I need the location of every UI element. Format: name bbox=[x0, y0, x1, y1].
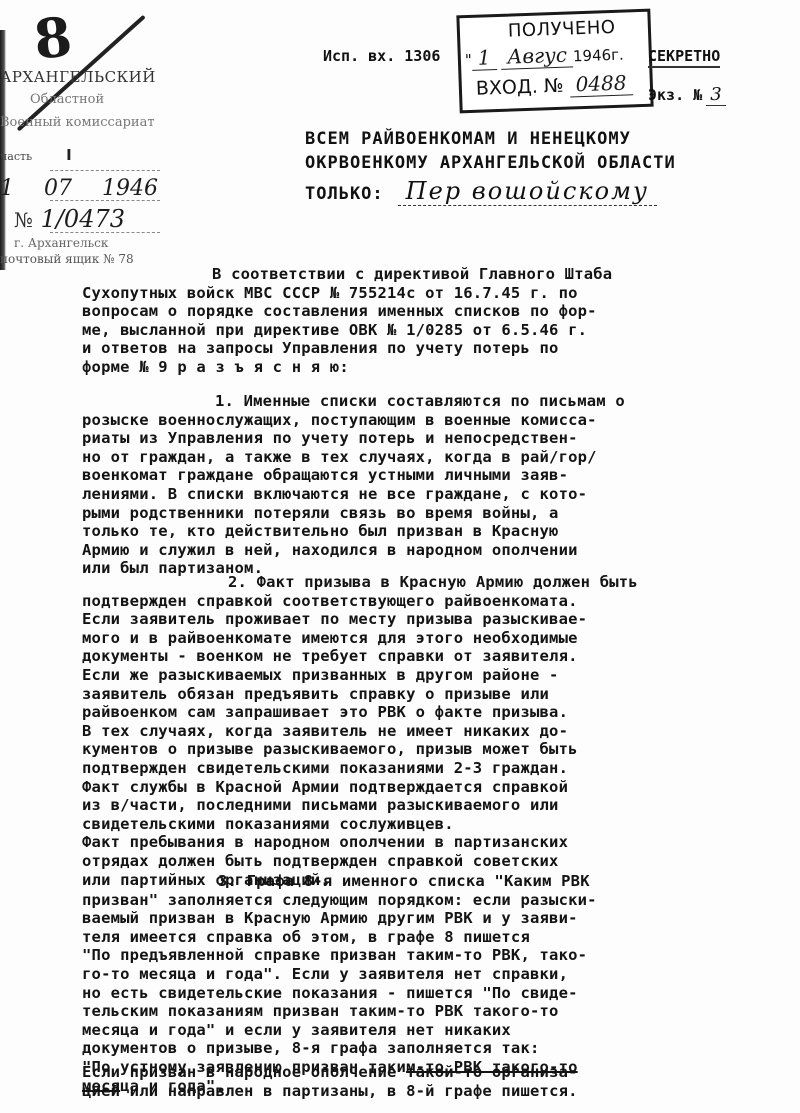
document-page: 8 АРХАНГЕЛЬСКИЙ Областной Военный комисс… bbox=[0, 0, 800, 1113]
stamp-dash-line bbox=[50, 170, 160, 171]
body-line: райвоенком сам запрашивает это РВК о фак… bbox=[82, 703, 568, 721]
stamp-date: 1071946 bbox=[0, 176, 158, 201]
body-line: Факт службы в Красной Армии подтверждает… bbox=[82, 778, 568, 796]
body-line: только те, кто действительно был призван… bbox=[82, 522, 559, 540]
body-line: тельским показаниям призван таким-то РВК… bbox=[82, 1002, 559, 1020]
stamp-number-value: 1/0473 bbox=[41, 205, 125, 233]
stamp-date-year: 1946 bbox=[102, 176, 158, 201]
body-line: рыми родственники потеряли связь во врем… bbox=[82, 504, 559, 522]
incoming-label: ВХОД. № bbox=[476, 75, 564, 100]
body-line: В тех случаях, когда заявитель не имеет … bbox=[82, 722, 568, 740]
stamp-part-value: I bbox=[66, 146, 72, 164]
incoming-number: 0488 bbox=[569, 70, 633, 97]
stamp-city: г. Архангельск bbox=[14, 236, 108, 250]
stamp-date-month: 07 bbox=[44, 176, 72, 201]
body-line: но есть свидетельские показания - пишетс… bbox=[82, 984, 578, 1002]
body-line: и ответов на запросы Управления по учету… bbox=[82, 339, 559, 357]
body-line: ме, высланной при директиве ОВК № 1/0285… bbox=[82, 321, 587, 339]
body-line: подтвержден свидетельскими показаниями 2… bbox=[82, 759, 568, 777]
body-line: ваемый призван в Красную Армию другим РВ… bbox=[82, 909, 578, 927]
body-line: военкомат граждане обращаются устными ли… bbox=[82, 466, 568, 484]
body-line: мого и в райвоенкомате имеются для этого… bbox=[82, 629, 578, 647]
stamp-org-line-2: Областной bbox=[30, 92, 104, 107]
body-line: призван" заполняется следующим порядком:… bbox=[82, 891, 597, 909]
received-stamp: ПОЛУЧЕНО "1 Авгус1946г. ВХОД. № 0488 bbox=[456, 9, 653, 114]
received-stamp-title: ПОЛУЧЕНО bbox=[508, 17, 616, 42]
body-line: розыске военнослужащих, поступающим в во… bbox=[82, 411, 597, 429]
body-line: подтвержден справкой соответствующего ра… bbox=[82, 592, 578, 610]
struck-text: такой-то организа- bbox=[406, 1063, 578, 1081]
stamp-number-label: № bbox=[14, 208, 33, 232]
body-line: документов о призыве, 8-я графа заполняе… bbox=[82, 1039, 540, 1057]
struck-text: цией bbox=[82, 1082, 120, 1100]
stamp-org-line-1: АРХАНГЕЛЬСКИЙ bbox=[0, 68, 156, 86]
body-line: Сухопутных войск МВС СССР № 755214с от 1… bbox=[82, 284, 578, 302]
outgoing-reference: Исп. вх. 1306 bbox=[323, 47, 440, 65]
stamp-number: № 1/0473 bbox=[14, 205, 125, 233]
copy-number: Экз. №3 bbox=[648, 84, 726, 105]
body-line: Если призван в народное ополчение такой-… bbox=[82, 1063, 578, 1081]
stamp-po-box: почтовый ящик № 78 bbox=[0, 252, 134, 266]
received-month: Авгус bbox=[501, 42, 574, 69]
registration-stamp: 8 АРХАНГЕЛЬСКИЙ Областной Военный комисс… bbox=[0, 0, 170, 270]
body-line: го-то месяца и года". Если у заявителя н… bbox=[82, 965, 568, 983]
body-line: 3. Графа 8-я именного списка "Каким РВК bbox=[218, 872, 590, 890]
received-day: 1 bbox=[471, 45, 497, 71]
addressee-block: ВСЕМ РАЙВОЕНКОМАМ И НЕНЕЦКОМУ ОКРВОЕНКОМ… bbox=[305, 127, 676, 206]
body-line: лениями. В списки включаются не все граж… bbox=[82, 485, 587, 503]
body-line: цией или направлен в партизаны, в 8-й гр… bbox=[82, 1082, 578, 1100]
incoming-number-row: ВХОД. № 0488 bbox=[475, 70, 632, 99]
body-line: теля имеется справка об этом, в графе 8 … bbox=[82, 928, 530, 946]
copy-to: ТОЛЬКО:Пер вошойскому bbox=[305, 179, 676, 206]
body-line: вопросам о порядке составления именных с… bbox=[82, 302, 597, 320]
body-line: "По предъявленной справке призван таким-… bbox=[82, 946, 587, 964]
addressee-line-2: ОКРВОЕНКОМУ АРХАНГЕЛЬСКОЙ ОБЛАСТИ bbox=[305, 151, 676, 175]
addressee-line-1: ВСЕМ РАЙВОЕНКОМАМ И НЕНЕЦКОМУ bbox=[305, 127, 676, 151]
body-line: отрядах должен быть подтвержден справкой… bbox=[82, 852, 559, 870]
body-line: 2. Факт призыва в Красную Армию должен б… bbox=[228, 573, 638, 591]
received-stamp-date: "1 Авгус1946г. bbox=[464, 41, 624, 71]
body-line: кументов о призыве разыскиваемого, призы… bbox=[82, 740, 578, 758]
stamp-dash-line bbox=[50, 200, 160, 201]
copy-to-label: ТОЛЬКО: bbox=[305, 184, 384, 204]
body-line: Если же разыскиваемых призванных в друго… bbox=[82, 666, 559, 684]
handwritten-mark: 8 bbox=[31, 4, 75, 72]
body-line: риаты из Управления по учету потерь и не… bbox=[82, 429, 578, 447]
body-line: заявитель обязан предъявить справку о пр… bbox=[82, 685, 549, 703]
copy-number-value: 3 bbox=[706, 84, 725, 106]
received-year: 1946г. bbox=[573, 46, 624, 66]
body-line: но от граждан, а также в тех случаях, ко… bbox=[82, 448, 597, 466]
stamp-part: частьI bbox=[0, 146, 72, 164]
body-line: 1. Именные списки составляются по письма… bbox=[215, 392, 625, 410]
body-line: Если заявитель проживает по месту призыв… bbox=[82, 610, 587, 628]
stamp-org-line-3: Военный комиссариат bbox=[0, 115, 155, 130]
stamp-dash-line bbox=[50, 232, 160, 233]
body-line: документы - военком не требует справки о… bbox=[82, 647, 578, 665]
body-line: Армию и служил в ней, находился в народн… bbox=[82, 541, 578, 559]
body-line: форме № 9 р а з ъ я с н я ю: bbox=[82, 358, 349, 376]
copy-to-handwritten: Пер вошойскому bbox=[398, 177, 657, 206]
stamp-part-label: часть bbox=[0, 150, 32, 163]
secrecy-label: СЕКРЕТНО bbox=[648, 47, 720, 68]
body-line: свидетельскими показаниями сослуживцев. bbox=[82, 815, 454, 833]
copy-label: Экз. № bbox=[648, 86, 702, 104]
body-line: из в/части, последними письмами разыскив… bbox=[82, 796, 559, 814]
stamp-date-day: 1 bbox=[0, 176, 14, 201]
body-line: месяца и года" и если у заявителя нет ни… bbox=[82, 1021, 511, 1039]
body-line: В соответствии с директивой Главного Шта… bbox=[212, 265, 612, 283]
body-line: Факт пребывания в народном ополчении в п… bbox=[82, 833, 568, 851]
secrecy-mark: СЕКРЕТНО bbox=[648, 47, 720, 65]
